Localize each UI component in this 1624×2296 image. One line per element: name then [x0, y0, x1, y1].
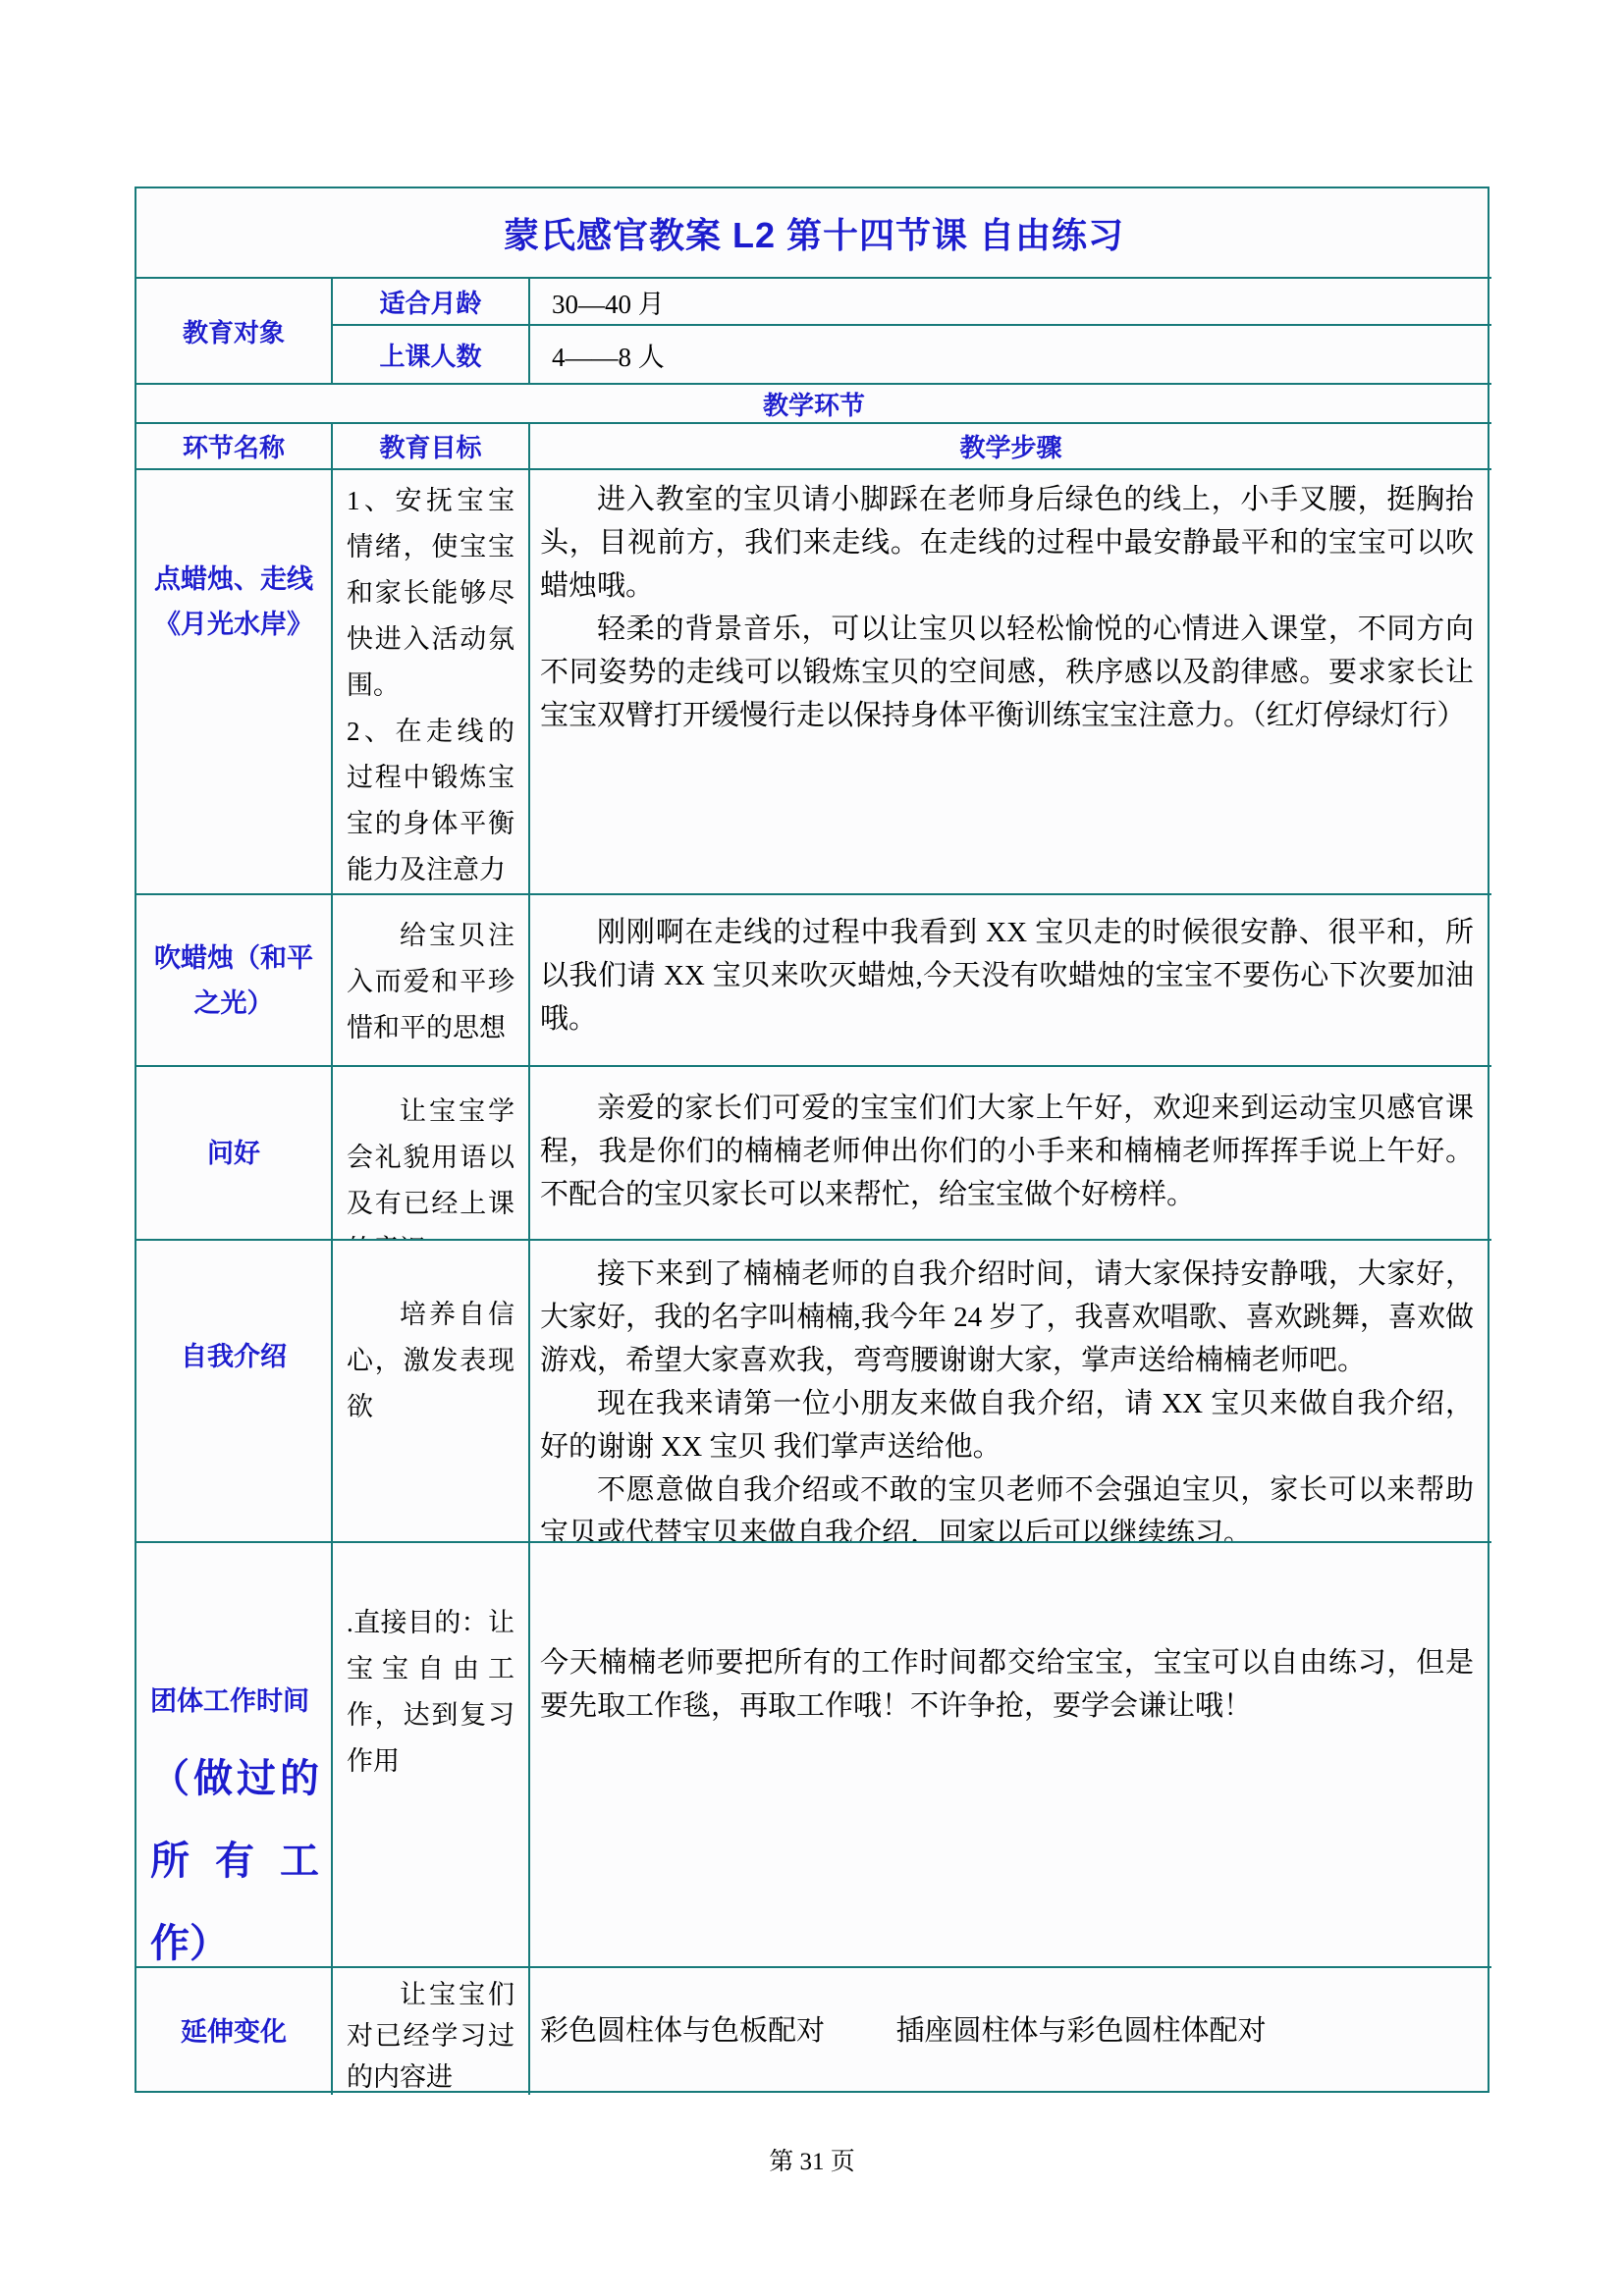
- col-header-name: 环节名称: [136, 424, 333, 470]
- steps-paragraph: 亲爱的家长们可爱的宝宝们们大家上午好，欢迎来到运动宝贝感官课程，我是你们的楠楠老…: [540, 1087, 1474, 1216]
- age-value: 30—40 月: [530, 279, 1491, 326]
- stage-steps-cell: 刚刚啊在走线的过程中我看到 XX 宝贝走的时候很安静、很平和，所以我们请 XX …: [530, 895, 1491, 1067]
- stage-steps-cell: 今天楠楠老师要把所有的工作时间都交给宝宝，宝宝可以自由练习，但是要先取工作毯，再…: [530, 1543, 1491, 1968]
- stage-goal-cell: .直接目的：让宝宝自由工作，达到复习作用: [333, 1543, 530, 1968]
- class-size-value: 4——8 人: [530, 326, 1491, 385]
- stage-name-subtitle: （做过的所有工作）: [150, 1737, 319, 1968]
- stage-name-cell: 吹蜡烛（和平 之光）: [136, 895, 333, 1067]
- steps-paragraph: 接下来到了楠楠老师的自我介绍时间，请大家保持安静哦，大家好，大家好，我的名字叫楠…: [540, 1253, 1474, 1382]
- lesson-plan-table: 蒙氏感官教案 L2 第十四节课 自由练习 教育对象 适合月龄 30—40 月 上…: [135, 187, 1489, 2093]
- stage-goal-cell: 让宝宝学会礼貌用语以及有已经上课的意识: [333, 1067, 530, 1241]
- stage-goal-cell: 让宝宝们对已经学习过的内容进: [333, 1968, 530, 2095]
- table-title: 蒙氏感官教案 L2 第十四节课 自由练习: [136, 188, 1491, 279]
- stage-steps-cell: 进入教室的宝贝请小脚踩在老师身后绿色的线上，小手叉腰，挺胸抬头，目视前方，我们来…: [530, 470, 1491, 895]
- steps-paragraph: 进入教室的宝贝请小脚踩在老师身后绿色的线上，小手叉腰，挺胸抬头，目视前方，我们来…: [540, 478, 1474, 608]
- stage-name-cell: 点蜡烛、走线 《月光水岸》: [136, 470, 333, 895]
- age-label: 适合月龄: [333, 279, 530, 326]
- steps-paragraph: 刚刚啊在走线的过程中我看到 XX 宝贝走的时候很安静、很平和，所以我们请 XX …: [540, 911, 1474, 1041]
- stage-goal-cell: 1、安抚宝宝情绪，使宝宝和家长能够尽快进入活动氛围。 2、在走线的过程中锻炼宝宝…: [333, 470, 530, 895]
- stage-name-cell: 延伸变化: [136, 1968, 333, 2095]
- section-header: 教学环节: [136, 385, 1491, 424]
- stage-name-cell: 自我介绍: [136, 1241, 333, 1543]
- page-number: 第 31 页: [0, 2142, 1624, 2177]
- steps-paragraph: 不愿意做自我介绍或不敢的宝贝老师不会强迫宝贝，家长可以来帮助宝贝或代替宝贝来做自…: [540, 1468, 1474, 1543]
- audience-label: 教育对象: [136, 279, 333, 385]
- steps-paragraph: 彩色圆柱体与色板配对 插座圆柱体与彩色圆柱体配对: [540, 2009, 1474, 2053]
- steps-paragraph: 现在我来请第一位小朋友来做自我介绍，请 XX 宝贝来做自我介绍，好的谢谢 XX …: [540, 1382, 1474, 1468]
- stage-name-text: 团体工作时间: [150, 1686, 309, 1716]
- document-page: 蒙氏感官教案 L2 第十四节课 自由练习 教育对象 适合月龄 30—40 月 上…: [0, 0, 1624, 2296]
- col-header-goal: 教育目标: [333, 424, 530, 470]
- stage-goal-cell: 给宝贝注入而爱和平珍惜和平的思想: [333, 895, 530, 1067]
- stage-steps-cell: 接下来到了楠楠老师的自我介绍时间，请大家保持安静哦，大家好，大家好，我的名字叫楠…: [530, 1241, 1491, 1543]
- steps-paragraph: 今天楠楠老师要把所有的工作时间都交给宝宝，宝宝可以自由练习，但是要先取工作毯，再…: [540, 1641, 1474, 1728]
- stage-name-cell: 团体工作时间 （做过的所有工作）: [136, 1543, 333, 1968]
- steps-paragraph: 轻柔的背景音乐，可以让宝贝以轻松愉悦的心情进入课堂，不同方向不同姿势的走线可以锻…: [540, 608, 1474, 737]
- stage-name-cell: 问好: [136, 1067, 333, 1241]
- class-size-label: 上课人数: [333, 326, 530, 385]
- stage-steps-cell: 亲爱的家长们可爱的宝宝们们大家上午好，欢迎来到运动宝贝感官课程，我是你们的楠楠老…: [530, 1067, 1491, 1241]
- stage-goal-cell: 培养自信心，激发表现欲: [333, 1241, 530, 1543]
- col-header-steps: 教学步骤: [530, 424, 1491, 470]
- stage-steps-cell: 彩色圆柱体与色板配对 插座圆柱体与彩色圆柱体配对: [530, 1968, 1491, 2095]
